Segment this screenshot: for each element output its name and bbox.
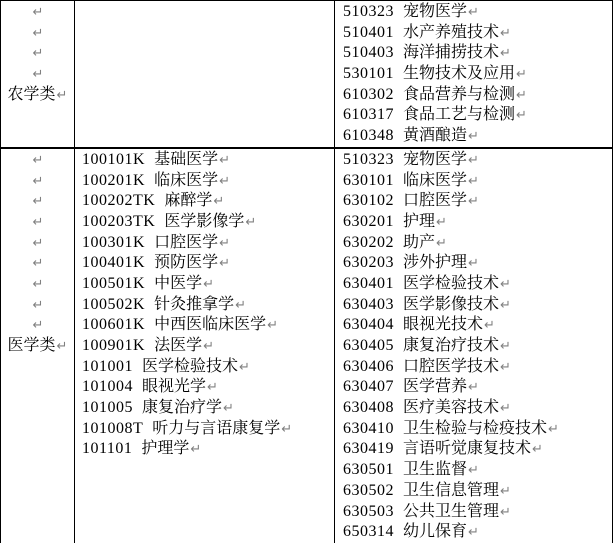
program-line: 610302食品营养与检测↵ xyxy=(343,85,612,106)
right-programs-cell: 510323宠物医学↵510401水产养殖技术↵510403海洋捕捞技术↵530… xyxy=(334,1,612,147)
paragraph-mark-icon: ↵ xyxy=(33,26,44,41)
paragraph-mark-icon: ↵ xyxy=(219,153,230,168)
category-line: 农学类↵ xyxy=(1,85,74,106)
category-cell: ↵↵↵↵↵↵↵↵↵医学类↵ xyxy=(1,149,74,543)
program-line: 630201护理↵ xyxy=(343,212,612,233)
program-name: 口腔医学 xyxy=(154,234,218,251)
program-line: 101001医学检验技术↵ xyxy=(82,357,334,378)
program-name: 中医学 xyxy=(154,275,202,292)
paragraph-mark-icon: ↵ xyxy=(190,442,201,457)
program-code: 510323 xyxy=(343,3,394,20)
program-line: 100101K基础医学↵ xyxy=(82,150,334,171)
table-row: ↵↵↵↵农学类↵510323宠物医学↵510401水产养殖技术↵510403海洋… xyxy=(1,1,612,147)
paragraph-mark-icon: ↵ xyxy=(281,422,292,437)
program-code: 630401 xyxy=(343,275,394,292)
program-line: 630404眼视光技术↵ xyxy=(343,315,612,336)
program-line: 100301K口腔医学↵ xyxy=(82,233,334,254)
paragraph-mark-icon: ↵ xyxy=(33,194,44,209)
paragraph-mark-icon: ↵ xyxy=(468,256,479,271)
program-code: 630502 xyxy=(343,482,394,499)
program-line: 101004眼视光学↵ xyxy=(82,377,334,398)
program-code: 510401 xyxy=(343,24,394,41)
program-code: 100201K xyxy=(82,172,145,189)
category-line: 医学类↵ xyxy=(1,336,74,357)
paragraph-mark-icon: ↵ xyxy=(203,277,214,292)
paragraph-mark-icon: ↵ xyxy=(57,339,68,354)
program-line: 510323宠物医学↵ xyxy=(343,2,612,23)
program-line: 510403海洋捕捞技术↵ xyxy=(343,43,612,64)
program-code: 630101 xyxy=(343,172,394,189)
empty-paragraph-line: ↵ xyxy=(1,315,74,336)
program-name: 康复治疗技术 xyxy=(403,337,499,354)
paragraph-mark-icon: ↵ xyxy=(33,318,44,333)
program-line: 630101临床医学↵ xyxy=(343,171,612,192)
program-code: 630203 xyxy=(343,254,394,271)
program-name: 卫生监督 xyxy=(403,461,467,478)
paragraph-mark-icon: ↵ xyxy=(516,88,527,103)
program-code: 630501 xyxy=(343,461,394,478)
paragraph-mark-icon: ↵ xyxy=(500,360,511,375)
paragraph-mark-icon: ↵ xyxy=(500,277,511,292)
program-name: 宠物医学 xyxy=(403,151,467,168)
program-name: 眼视光技术 xyxy=(403,316,483,333)
program-name: 助产 xyxy=(403,234,435,251)
program-code: 630202 xyxy=(343,234,394,251)
paragraph-mark-icon: ↵ xyxy=(468,129,479,144)
program-name: 眼视光学 xyxy=(142,378,206,395)
category-label: 农学类 xyxy=(8,86,56,103)
program-code: 630406 xyxy=(343,358,394,375)
program-code: 610317 xyxy=(343,106,394,123)
program-code: 100901K xyxy=(82,337,145,354)
program-line: 100901K法医学↵ xyxy=(82,336,334,357)
program-line: 630406口腔医学技术↵ xyxy=(343,357,612,378)
program-code: 100502K xyxy=(82,296,145,313)
paragraph-mark-icon: ↵ xyxy=(500,505,511,520)
paragraph-mark-icon: ↵ xyxy=(468,174,479,189)
program-line: 630401医学检验技术↵ xyxy=(343,274,612,295)
empty-paragraph-line: ↵ xyxy=(1,212,74,233)
program-code: 100301K xyxy=(82,234,145,251)
program-line: 630102口腔医学↵ xyxy=(343,191,612,212)
program-line: 610348黄酒酿造↵ xyxy=(343,126,612,147)
program-name: 卫生信息管理 xyxy=(403,482,499,499)
program-name: 口腔医学 xyxy=(403,192,467,209)
program-code: 630410 xyxy=(343,420,394,437)
program-name: 听力与言语康复学 xyxy=(152,420,280,437)
program-line: 101005康复治疗学↵ xyxy=(82,398,334,419)
program-name: 医学检验技术 xyxy=(403,275,499,292)
paragraph-mark-icon: ↵ xyxy=(239,360,250,375)
paragraph-mark-icon: ↵ xyxy=(468,5,479,20)
program-name: 临床医学 xyxy=(154,172,218,189)
program-code: 101001 xyxy=(82,358,133,375)
program-name: 基础医学 xyxy=(154,151,218,168)
program-code: 100501K xyxy=(82,275,145,292)
program-line: 100601K中西医临床医学↵ xyxy=(82,315,334,336)
empty-paragraph-line: ↵ xyxy=(1,23,74,44)
program-name: 麻醉学 xyxy=(164,192,212,209)
paragraph-mark-icon: ↵ xyxy=(468,380,479,395)
program-name: 医学检验技术 xyxy=(142,358,238,375)
program-code: 630403 xyxy=(343,296,394,313)
program-name: 针灸推拿学 xyxy=(154,296,234,313)
program-code: 630102 xyxy=(343,192,394,209)
paragraph-mark-icon: ↵ xyxy=(223,401,234,416)
program-line: 101101护理学↵ xyxy=(82,439,334,460)
program-code: 100601K xyxy=(82,316,145,333)
program-name: 海洋捕捞技术 xyxy=(403,44,499,61)
paragraph-mark-icon: ↵ xyxy=(500,484,511,499)
empty-paragraph-line: ↵ xyxy=(1,150,74,171)
program-line: 530101生物技术及应用↵ xyxy=(343,64,612,85)
paragraph-mark-icon: ↵ xyxy=(500,46,511,61)
program-name: 宠物医学 xyxy=(403,3,467,20)
program-code: 100401K xyxy=(82,254,145,271)
specialty-mapping-table: ↵↵↵↵农学类↵510323宠物医学↵510401水产养殖技术↵510403海洋… xyxy=(0,0,613,543)
program-line: 510401水产养殖技术↵ xyxy=(343,23,612,44)
program-code: 610348 xyxy=(343,127,394,144)
right-programs-cell: 510323宠物医学↵630101临床医学↵630102口腔医学↵630201护… xyxy=(334,149,612,543)
paragraph-mark-icon: ↵ xyxy=(219,256,230,271)
paragraph-mark-icon: ↵ xyxy=(267,318,278,333)
paragraph-mark-icon: ↵ xyxy=(33,215,44,230)
program-line: 630419言语听觉康复技术↵ xyxy=(343,439,612,460)
empty-paragraph-line: ↵ xyxy=(1,171,74,192)
paragraph-mark-icon: ↵ xyxy=(33,174,44,189)
paragraph-mark-icon: ↵ xyxy=(33,256,44,271)
program-name: 卫生检验与检疫技术 xyxy=(403,420,547,437)
table-row: ↵↵↵↵↵↵↵↵↵医学类↵100101K基础医学↵100201K临床医学↵100… xyxy=(1,147,612,543)
paragraph-mark-icon: ↵ xyxy=(468,153,479,168)
paragraph-mark-icon: ↵ xyxy=(207,380,218,395)
program-line: 100203TK医学影像学↵ xyxy=(82,212,334,233)
program-code: 100101K xyxy=(82,151,145,168)
program-code: 630408 xyxy=(343,399,394,416)
program-code: 610302 xyxy=(343,86,394,103)
program-name: 食品工艺与检测 xyxy=(403,106,515,123)
paragraph-mark-icon: ↵ xyxy=(33,46,44,61)
program-code: 650314 xyxy=(343,523,394,540)
program-name: 涉外护理 xyxy=(403,254,467,271)
program-name: 幼儿保育 xyxy=(403,523,467,540)
program-line: 630203涉外护理↵ xyxy=(343,253,612,274)
program-name: 护理 xyxy=(403,213,435,230)
program-line: 630501卫生监督↵ xyxy=(343,460,612,481)
program-name: 预防医学 xyxy=(154,254,218,271)
paragraph-mark-icon: ↵ xyxy=(436,215,447,230)
program-name: 生物技术及应用 xyxy=(403,65,515,82)
program-code: 101005 xyxy=(82,399,133,416)
program-line: 630403医学影像技术↵ xyxy=(343,295,612,316)
program-line: 100501K中医学↵ xyxy=(82,274,334,295)
paragraph-mark-icon: ↵ xyxy=(219,174,230,189)
paragraph-mark-icon: ↵ xyxy=(484,318,495,333)
middle-programs-cell: 100101K基础医学↵100201K临床医学↵100202TK麻醉学↵1002… xyxy=(74,149,334,543)
program-name: 护理学 xyxy=(141,440,189,457)
program-name: 口腔医学技术 xyxy=(403,358,499,375)
program-line: 630407医学营养↵ xyxy=(343,377,612,398)
program-name: 临床医学 xyxy=(403,172,467,189)
program-line: 100201K临床医学↵ xyxy=(82,171,334,192)
program-line: 510323宠物医学↵ xyxy=(343,150,612,171)
program-code: 630419 xyxy=(343,440,394,457)
paragraph-mark-icon: ↵ xyxy=(33,277,44,292)
program-code: 510403 xyxy=(343,44,394,61)
program-line: 100401K预防医学↵ xyxy=(82,253,334,274)
program-name: 医疗美容技术 xyxy=(403,399,499,416)
empty-paragraph-line: ↵ xyxy=(1,295,74,316)
program-name: 医学影像技术 xyxy=(403,296,499,313)
empty-paragraph-line: ↵ xyxy=(1,64,74,85)
program-code: 630407 xyxy=(343,378,394,395)
paragraph-mark-icon: ↵ xyxy=(33,67,44,82)
paragraph-mark-icon: ↵ xyxy=(235,298,246,313)
paragraph-mark-icon: ↵ xyxy=(548,422,559,437)
program-line: 650314幼儿保育↵ xyxy=(343,522,612,543)
program-name: 医学营养 xyxy=(403,378,467,395)
program-name: 公共卫生管理 xyxy=(403,503,499,520)
program-code: 630503 xyxy=(343,503,394,520)
empty-paragraph-line: ↵ xyxy=(1,274,74,295)
paragraph-mark-icon: ↵ xyxy=(33,153,44,168)
empty-paragraph-line: ↵ xyxy=(1,233,74,254)
empty-paragraph-line: ↵ xyxy=(1,253,74,274)
program-line: 630405康复治疗技术↵ xyxy=(343,336,612,357)
program-line: 630408医疗美容技术↵ xyxy=(343,398,612,419)
paragraph-mark-icon: ↵ xyxy=(219,236,230,251)
paragraph-mark-icon: ↵ xyxy=(500,298,511,313)
program-name: 言语听觉康复技术 xyxy=(403,440,531,457)
program-code: 510323 xyxy=(343,151,394,168)
paragraph-mark-icon: ↵ xyxy=(57,88,68,103)
empty-paragraph-line: ↵ xyxy=(1,191,74,212)
empty-paragraph-line: ↵ xyxy=(1,43,74,64)
program-name: 法医学 xyxy=(154,337,202,354)
program-line: 610317食品工艺与检测↵ xyxy=(343,105,612,126)
paragraph-mark-icon: ↵ xyxy=(213,194,224,209)
program-name: 食品营养与检测 xyxy=(403,86,515,103)
program-line: 630503公共卫生管理↵ xyxy=(343,502,612,523)
program-code: 100202TK xyxy=(82,192,155,209)
program-code: 630405 xyxy=(343,337,394,354)
paragraph-mark-icon: ↵ xyxy=(468,525,479,540)
program-code: 100203TK xyxy=(82,213,155,230)
program-line: 630410卫生检验与检疫技术↵ xyxy=(343,419,612,440)
paragraph-mark-icon: ↵ xyxy=(516,67,527,82)
program-line: 100502K针灸推拿学↵ xyxy=(82,295,334,316)
program-code: 630201 xyxy=(343,213,394,230)
paragraph-mark-icon: ↵ xyxy=(532,442,543,457)
paragraph-mark-icon: ↵ xyxy=(516,108,527,123)
paragraph-mark-icon: ↵ xyxy=(33,236,44,251)
paragraph-mark-icon: ↵ xyxy=(500,339,511,354)
paragraph-mark-icon: ↵ xyxy=(500,26,511,41)
program-code: 530101 xyxy=(343,65,394,82)
paragraph-mark-icon: ↵ xyxy=(33,5,44,20)
paragraph-mark-icon: ↵ xyxy=(468,463,479,478)
program-code: 101008T xyxy=(82,420,143,437)
program-line: 630502卫生信息管理↵ xyxy=(343,481,612,502)
program-name: 康复治疗学 xyxy=(142,399,222,416)
middle-programs-cell xyxy=(74,1,334,147)
paragraph-mark-icon: ↵ xyxy=(468,194,479,209)
program-code: 630404 xyxy=(343,316,394,333)
paragraph-mark-icon: ↵ xyxy=(33,298,44,313)
program-line: 100202TK麻醉学↵ xyxy=(82,191,334,212)
program-code: 101101 xyxy=(82,440,132,457)
program-name: 医学影像学 xyxy=(164,213,244,230)
paragraph-mark-icon: ↵ xyxy=(203,339,214,354)
document-page: ↵↵↵↵农学类↵510323宠物医学↵510401水产养殖技术↵510403海洋… xyxy=(0,0,613,543)
program-code: 101004 xyxy=(82,378,133,395)
paragraph-mark-icon: ↵ xyxy=(436,236,447,251)
category-label: 医学类 xyxy=(8,337,56,354)
category-cell: ↵↵↵↵农学类↵ xyxy=(1,1,74,147)
program-name: 水产养殖技术 xyxy=(403,24,499,41)
paragraph-mark-icon: ↵ xyxy=(500,401,511,416)
program-name: 黄酒酿造 xyxy=(403,127,467,144)
program-line: 630202助产↵ xyxy=(343,233,612,254)
paragraph-mark-icon: ↵ xyxy=(245,215,256,230)
empty-paragraph-line: ↵ xyxy=(1,2,74,23)
program-name: 中西医临床医学 xyxy=(154,316,266,333)
program-line: 101008T听力与言语康复学↵ xyxy=(82,419,334,440)
